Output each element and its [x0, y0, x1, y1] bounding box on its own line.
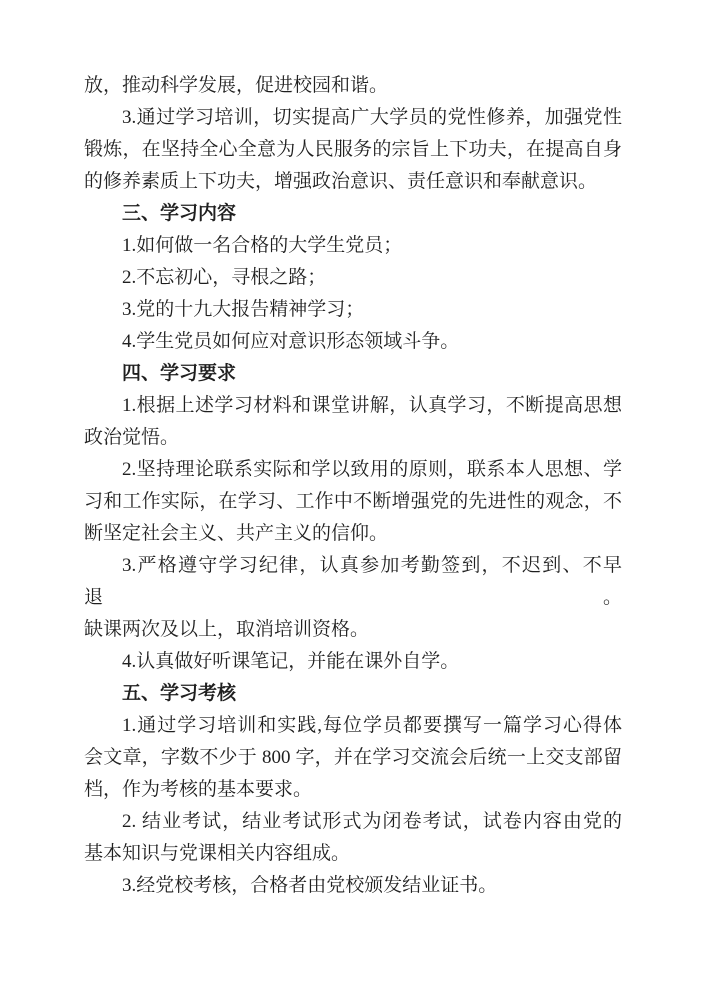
section-heading: 三、学习内容 — [84, 198, 622, 230]
paragraph-line: 基本知识与党课相关内容组成。 — [84, 838, 622, 870]
paragraph-line: 1.根据上述学习材料和课堂讲解，认真学习，不断提高思想 — [84, 390, 622, 422]
paragraph-line: 会文章，字数不少于 800 字，并在学习交流会后统一上交支部留 — [84, 742, 622, 774]
paragraph-line: 的修养素质上下功夫，增强政治意识、责任意识和奉献意识。 — [84, 166, 622, 198]
paragraph-line: 2. 结业考试，结业考试形式为闭卷考试，试卷内容由党的 — [84, 806, 622, 838]
paragraph-line: 3.严格遵守学习纪律，认真参加考勤签到，不迟到、不早退。 — [84, 550, 622, 614]
paragraph-line: 断坚定社会主义、共产主义的信仰。 — [84, 518, 622, 550]
section-heading: 五、学习考核 — [84, 678, 622, 710]
paragraph-line: 3.经党校考核，合格者由党校颁发结业证书。 — [84, 870, 622, 902]
paragraph-line: 锻炼，在坚持全心全意为人民服务的宗旨上下功夫，在提高自身 — [84, 134, 622, 166]
paragraph-line: 缺课两次及以上，取消培训资格。 — [84, 614, 622, 646]
paragraph-line: 放，推动科学发展，促进校园和谐。 — [84, 70, 622, 102]
paragraph-line: 3.通过学习培训，切实提高广大学员的党性修养，加强党性 — [84, 102, 622, 134]
list-item-line: 2.不忘初心，寻根之路； — [84, 262, 622, 294]
paragraph-line: 2.坚持理论联系实际和学以致用的原则，联系本人思想、学 — [84, 454, 622, 486]
list-item-line: 1.如何做一名合格的大学生党员； — [84, 230, 622, 262]
paragraph-line: 政治觉悟。 — [84, 422, 622, 454]
paragraph-line: 1.通过学习培训和实践,每位学员都要撰写一篇学习心得体 — [84, 710, 622, 742]
list-item-line: 3.党的十九大报告精神学习； — [84, 294, 622, 326]
paragraph-line: 4.认真做好听课笔记，并能在课外自学。 — [84, 646, 622, 678]
list-item-line: 4.学生党员如何应对意识形态领域斗争。 — [84, 326, 622, 358]
section-heading: 四、学习要求 — [84, 358, 622, 390]
paragraph-line: 习和工作实际，在学习、工作中不断增强党的先进性的观念，不 — [84, 486, 622, 518]
paragraph-line: 档，作为考核的基本要求。 — [84, 774, 622, 806]
document-body: 放，推动科学发展，促进校园和谐。 3.通过学习培训，切实提高广大学员的党性修养，… — [84, 70, 622, 902]
document-page: 放，推动科学发展，促进校园和谐。 3.通过学习培训，切实提高广大学员的党性修养，… — [0, 0, 705, 999]
